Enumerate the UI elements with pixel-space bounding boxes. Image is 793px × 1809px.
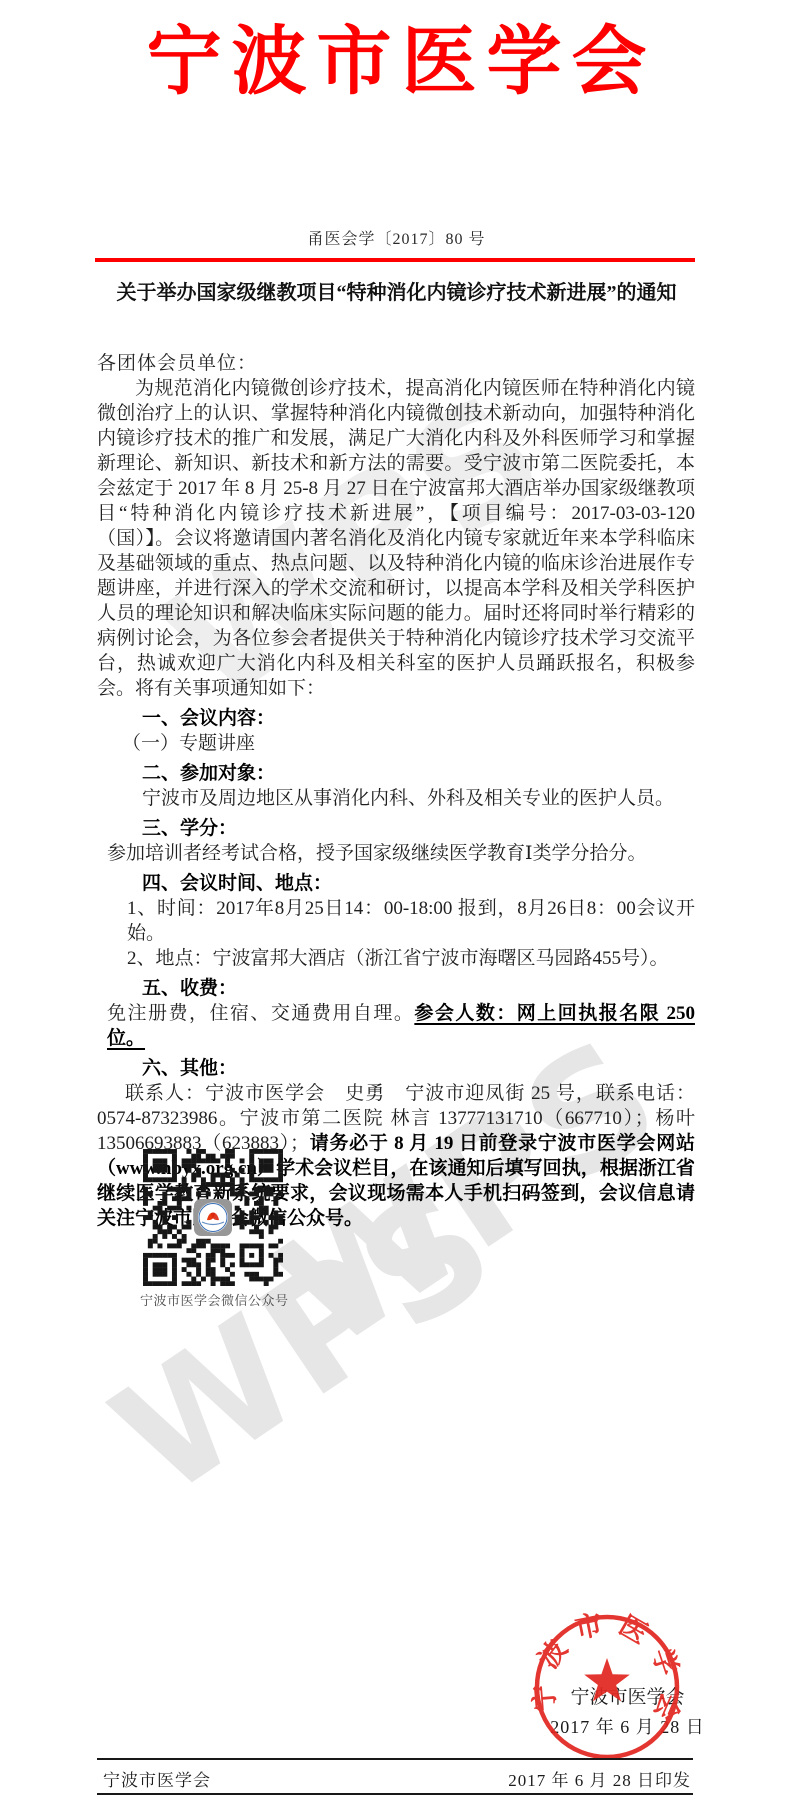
footer-print-date: 2017 年 6 月 28 日印发	[508, 1766, 691, 1791]
section-1-item: （一）专题讲座	[122, 731, 695, 756]
section-heading-4: 四、会议时间、地点：	[142, 871, 695, 896]
footer-rule-bottom	[97, 1793, 693, 1795]
footer-rule-top	[97, 1758, 693, 1760]
section-4-item-venue: 2、地点：宁波富邦大酒店（浙江省宁波市海曙区马园路455号）。	[127, 946, 695, 971]
salutation: 各团体会员单位：	[97, 351, 695, 376]
section-5-fees: 免注册费，住宿、交通费用自理。参会人数：网上回执报名限 250 位。	[107, 1001, 695, 1051]
footer-org: 宁波市医学会	[103, 1766, 211, 1791]
section-heading-5: 五、收费：	[142, 976, 695, 1001]
notice-body: 各团体会员单位： 为规范消化内镜微创诊疗技术，提高消化内镜医师在特种消化内镜微创…	[97, 351, 695, 1231]
intro-paragraph: 为规范消化内镜微创诊疗技术，提高消化内镜医师在特种消化内镜微创治疗上的认识、掌握…	[97, 376, 695, 701]
signature-org: 宁波市医学会	[545, 1682, 710, 1709]
red-divider-line	[95, 258, 695, 262]
section-4-item-time: 1、时间：2017年8月25日14：00-18:00 报到，8月26日8：00会…	[127, 896, 695, 946]
wechat-qr-code	[143, 1149, 283, 1286]
section-2-item: 宁波市及周边地区从事消化内科、外科及相关专业的医护人员。	[142, 786, 695, 811]
section-heading-3: 三、学分：	[142, 816, 695, 841]
document-page: WPS WPS WPS 宁波市医学会 甬医会学〔2017〕80 号 关于举办国家…	[0, 0, 793, 1809]
org-title: 宁波市医学会	[0, 2, 793, 109]
signature-date: 2017 年 6 月 28 日	[540, 1713, 715, 1739]
section-heading-1: 一、会议内容：	[142, 706, 695, 731]
qr-center-logo	[193, 1198, 233, 1237]
section-heading-2: 二、参加对象：	[142, 761, 695, 786]
footer-row: 宁波市医学会 2017 年 6 月 28 日印发	[97, 1766, 693, 1791]
section-heading-6: 六、其他：	[142, 1056, 695, 1081]
qr-caption: 宁波市医学会微信公众号	[140, 1290, 289, 1309]
doc-number: 甬医会学〔2017〕80 号	[0, 226, 793, 249]
notice-title: 关于举办国家级继教项目“特种消化内镜诊疗技术新进展”的通知	[0, 276, 793, 305]
fees-text: 免注册费，住宿、交通费用自理。	[107, 1003, 414, 1024]
section-3-item: 参加培训者经考试合格，授予国家级继续医学教育Ⅰ类学分拾分。	[107, 841, 695, 866]
